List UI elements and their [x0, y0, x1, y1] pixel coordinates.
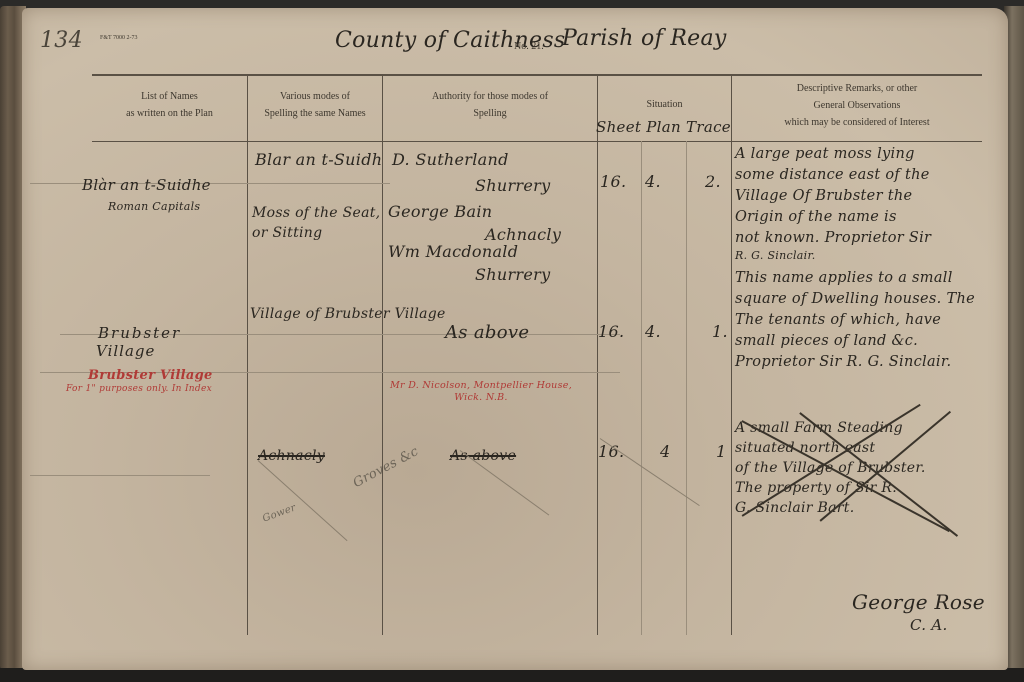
row2-remarks: This name applies to a small square of D…: [735, 268, 975, 373]
row2-plan: 4.: [645, 322, 661, 341]
row2-auth-red: Mr D. Nicolson, Montpellier House, Wick.…: [390, 380, 572, 404]
row1-mode-2: Moss of the Seat,: [252, 205, 380, 221]
row1-mode-1: Blar an t-Suidh: [255, 150, 382, 169]
row2-trace: 1.: [712, 322, 728, 341]
header-authority: Authority for those modes of Spelling: [383, 88, 597, 122]
col-divider-3: [597, 75, 598, 635]
header-situation: Situation: [598, 96, 731, 113]
row2-name: Brubster: [98, 324, 181, 342]
header-situation-sub: Sheet Plan Trace: [596, 118, 731, 136]
row1-auth-1-person: D. Sutherland: [392, 150, 509, 169]
situation-sub-divider-2: [686, 141, 687, 635]
row2-auth-1: As above: [445, 322, 529, 343]
signature-title: C. A.: [910, 616, 948, 634]
col-divider-1: [247, 75, 248, 635]
row2-name-red-note: For 1" purposes only. In Index: [66, 384, 212, 394]
row2-mode-1: Village of Brubster Village: [250, 306, 446, 322]
header-bottom-rule: [92, 141, 982, 142]
row1-trace: 2.: [705, 172, 721, 191]
row1-name-note: Roman Capitals: [108, 200, 200, 213]
row3-mode-struck: Achnacly: [258, 448, 325, 464]
table-top-rule: [92, 74, 982, 76]
signature-name: George Rose: [852, 590, 985, 614]
row1-sheet: 16.: [600, 172, 626, 191]
col-divider-4: [731, 75, 732, 635]
book-shadow: [0, 668, 1024, 682]
row2-name-red: Brubster Village: [88, 368, 213, 383]
row1-mode-3: or Sitting: [252, 225, 322, 241]
number-label: No. 21.: [514, 38, 544, 55]
printer-mark: F&T 7000 2-73: [100, 34, 138, 42]
row1-remarks: A large peat moss lying some distance ea…: [735, 144, 931, 263]
page-number: 134: [40, 28, 83, 53]
row1-auth-2-person: George Bain: [388, 202, 492, 221]
row2-sheet: 16.: [598, 322, 624, 341]
situation-sub-divider-1: [641, 141, 642, 635]
header-names: List of Names as written on the Plan: [92, 88, 247, 122]
row1-name: Blàr an t-Suidhe: [82, 176, 211, 194]
header-remarks: Descriptive Remarks, or other General Ob…: [732, 80, 982, 131]
header-modes: Various modes of Spelling the same Names: [248, 88, 382, 122]
row3-plan: 4: [660, 442, 670, 461]
rule-line: [30, 475, 210, 476]
row1-plan: 4.: [645, 172, 661, 191]
row1-auth-3-person: Wm Macdonald: [388, 242, 518, 261]
row3-trace: 1: [716, 442, 726, 461]
row1-auth-1-place: Shurrery: [475, 176, 550, 195]
parish-label: Parish of Reay: [562, 26, 727, 51]
row1-auth-3-place: Shurrery: [475, 265, 550, 284]
row2-name-line2: Village: [96, 342, 155, 360]
